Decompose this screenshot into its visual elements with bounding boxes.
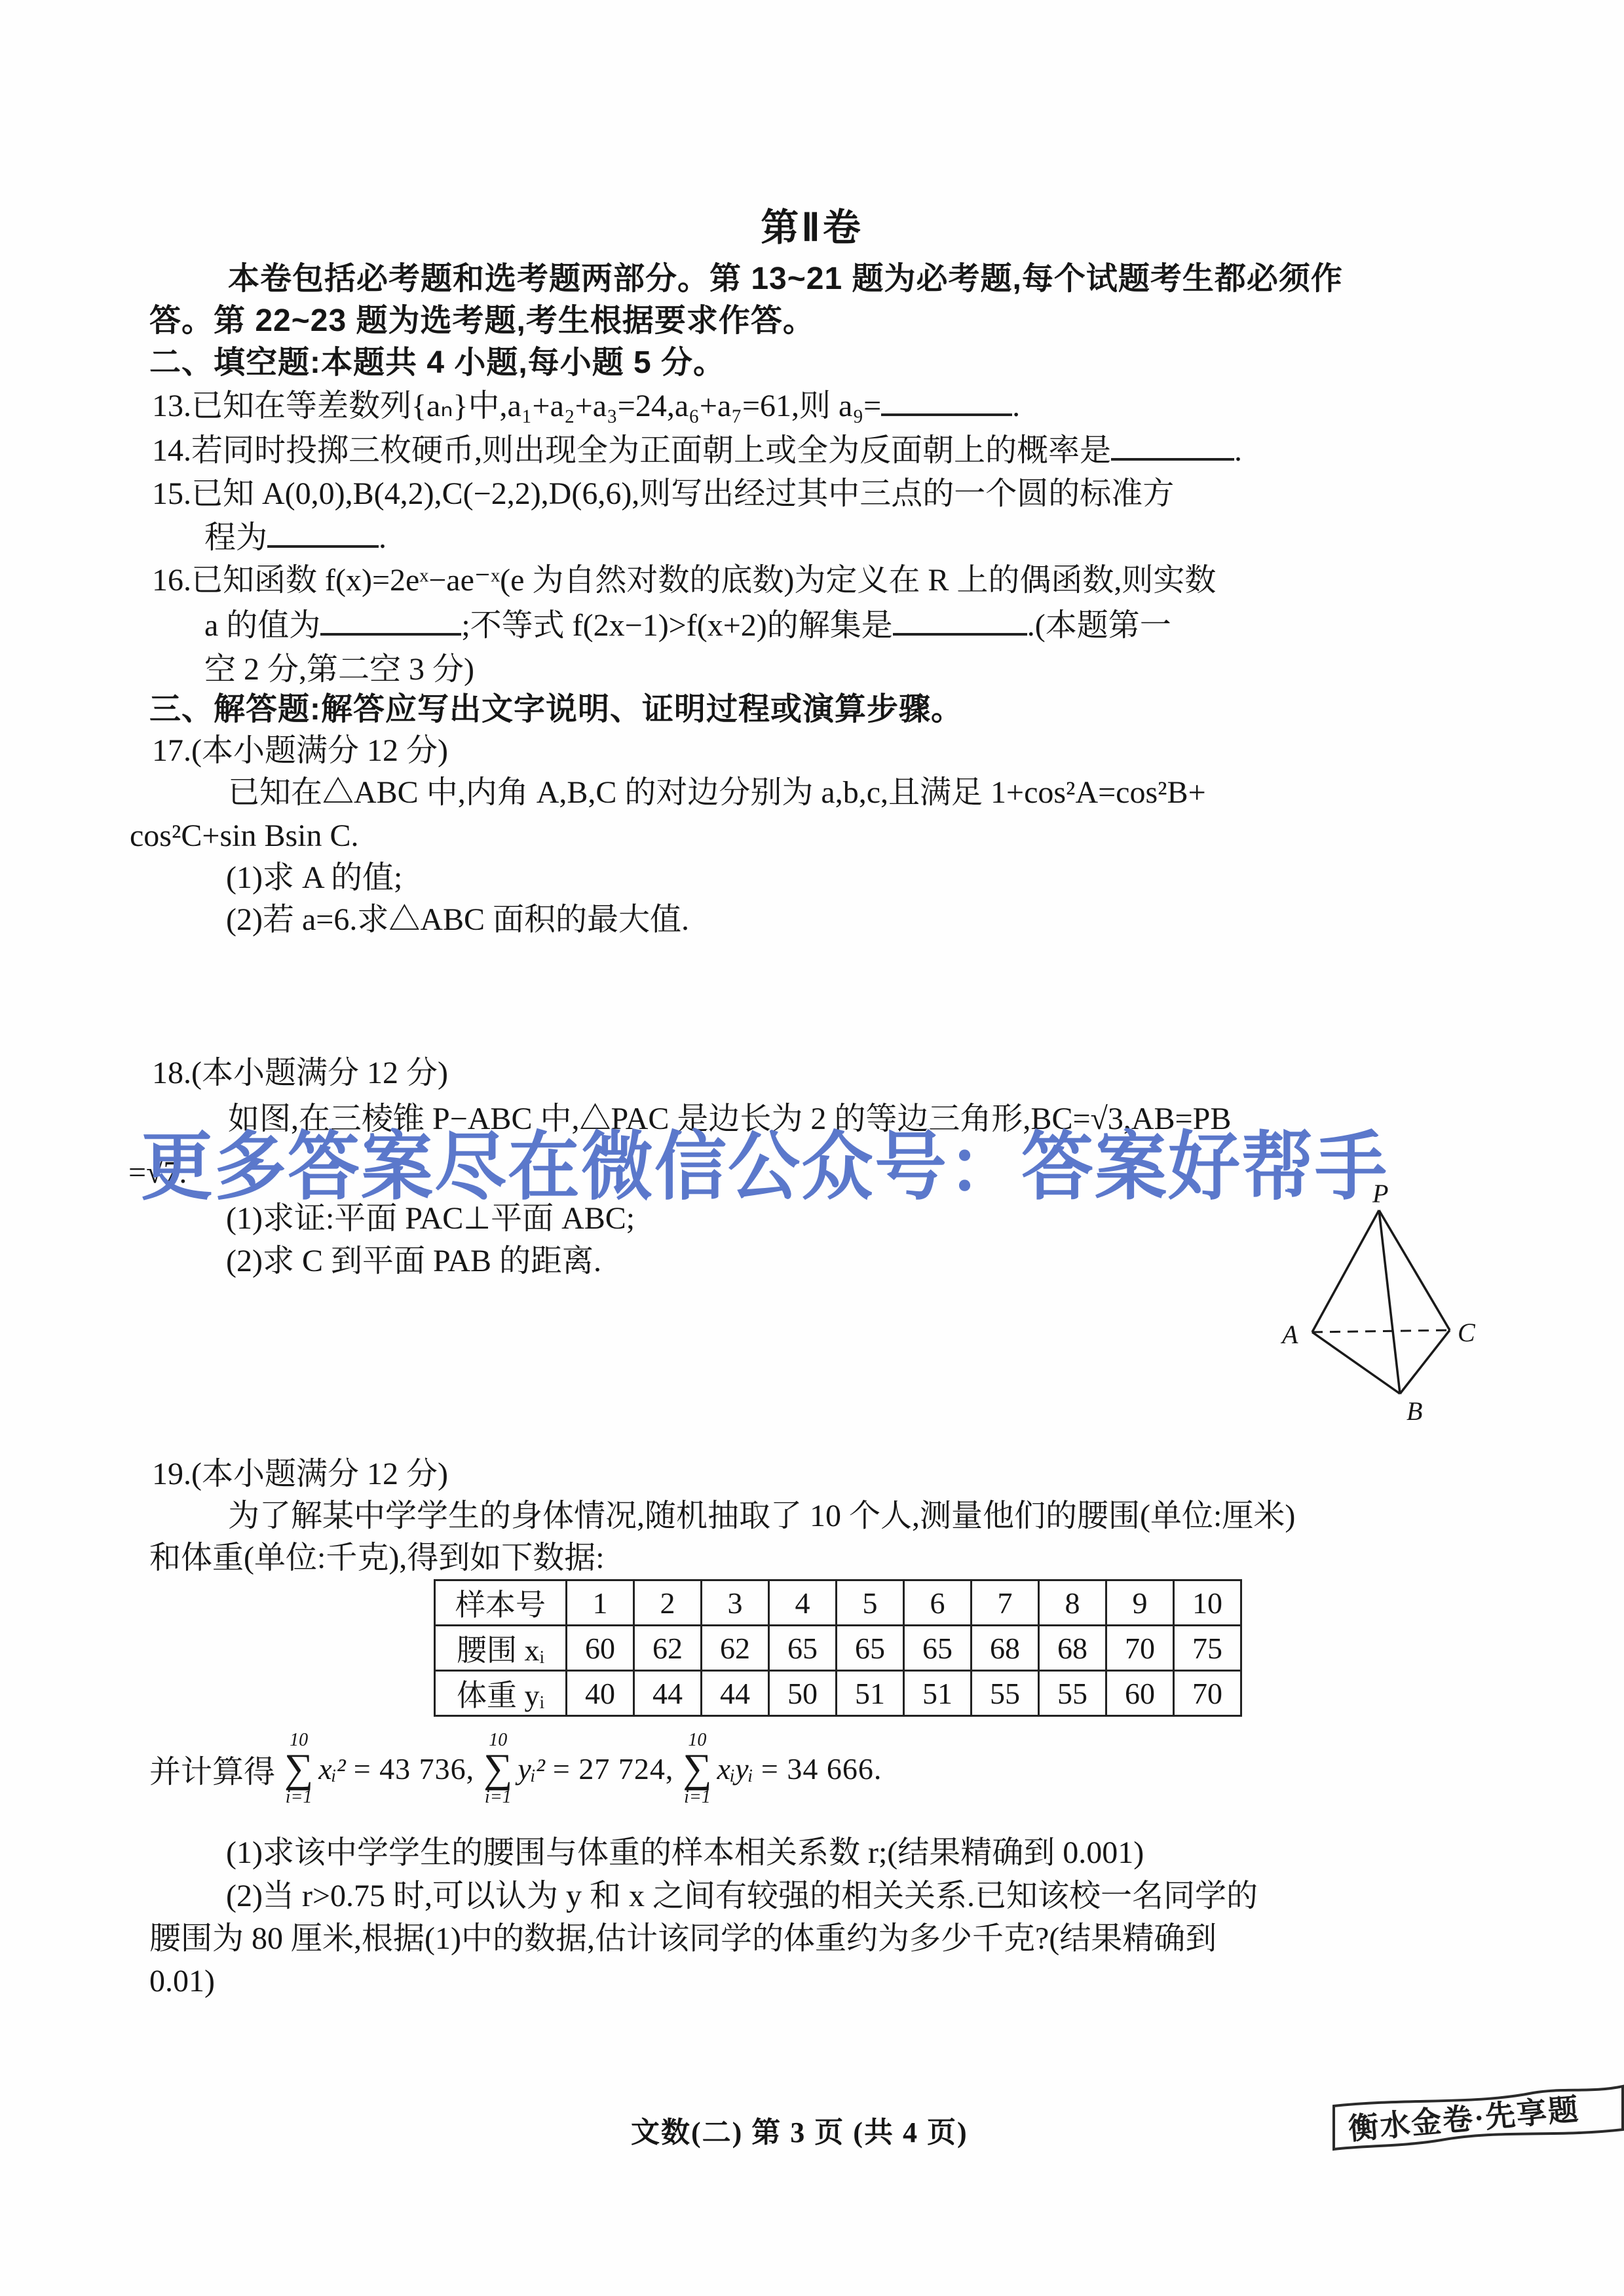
sigma-icon: ∑ — [683, 1750, 711, 1788]
answer-blank — [881, 411, 1012, 416]
sigma-notation: 10 ∑ i=1 — [284, 1731, 313, 1807]
table-cell: 5 — [837, 1580, 904, 1626]
table-cell: 腰围 xᵢ — [435, 1626, 567, 1671]
sum-x-squared: 10 ∑ i=1 xᵢ² = 43 736, — [284, 1731, 474, 1807]
table-cell: 8 — [1039, 1580, 1106, 1626]
sum-y-squared: 10 ∑ i=1 yᵢ² = 27 724, — [483, 1731, 673, 1807]
watermark-text: 更多答案尽在微信公众号：答案好帮手 — [141, 1107, 1388, 1214]
tetrahedron-figure: P A C B — [1261, 1183, 1490, 1432]
edge-bc — [1400, 1330, 1450, 1394]
sum-prefix: 并计算得 — [149, 1746, 275, 1791]
q15-period: . — [379, 520, 387, 555]
sigma-lower-limit: i=1 — [286, 1788, 312, 1807]
question-19-sub-2-line-3: 0.01) — [149, 1963, 215, 1999]
question-15-line-1: 15.已知 A(0,0),B(4,2),C(−2,2),D(6,6),则写出经过… — [152, 476, 1174, 512]
table-cell: 51 — [837, 1671, 904, 1716]
q14-period: . — [1234, 433, 1242, 468]
question-13: 13.已知在等差数列{aₙ}中,a₁+a₂+a₃=24,a₆+a₇=61,则 a… — [152, 388, 1020, 424]
question-19-sub-2-line-1: (2)当 r>0.75 时,可以认为 y 和 x 之间有较强的相关关系.已知该校… — [226, 1878, 1258, 1914]
table-cell: 6 — [904, 1580, 972, 1626]
question-19-line-2: 和体重(单位:千克),得到如下数据: — [149, 1540, 605, 1576]
table-cell: 55 — [1039, 1671, 1106, 1716]
table-row: 腰围 xᵢ 60 62 62 65 65 65 68 68 70 75 — [435, 1626, 1241, 1671]
question-17-line-1: 已知在△ABC 中,内角 A,B,C 的对边分别为 a,b,c,且满足 1+co… — [228, 775, 1206, 811]
table-cell: 3 — [702, 1580, 769, 1626]
question-18-head: 18.(本小题满分 12 分) — [152, 1055, 448, 1091]
table-cell: 51 — [904, 1671, 972, 1716]
question-19-line-1: 为了解某中学学生的身体情况,随机抽取了 10 个人,测量他们的腰围(单位:厘米) — [228, 1498, 1295, 1534]
table-cell: 68 — [972, 1626, 1039, 1671]
answer-blank — [320, 630, 461, 636]
sum-formulas: 并计算得 10 ∑ i=1 xᵢ² = 43 736, 10 ∑ i=1 yᵢ²… — [149, 1712, 882, 1826]
answer-blank — [267, 543, 379, 548]
edge-ac-dashed — [1312, 1330, 1450, 1332]
stamp-ribbon: 衡水金卷·先享题 — [1330, 2082, 1624, 2158]
question-16-line-1: 16.已知函数 f(x)=2eˣ−ae⁻ˣ(e 为自然对数的底数)为定义在 R … — [152, 562, 1216, 598]
q16-text-a: a 的值为 — [204, 608, 320, 643]
table-cell: 1 — [567, 1580, 634, 1626]
answer-blank — [1111, 455, 1234, 461]
table-cell: 10 — [1174, 1580, 1241, 1626]
question-16-line-2: a 的值为;不等式 f(2x−1)>f(x+2)的解集是.(本题第一 — [204, 607, 1171, 643]
edge-ab — [1312, 1332, 1400, 1394]
question-17-line-2: cos²C+sin Bsin C. — [130, 818, 359, 854]
question-19-head: 19.(本小题满分 12 分) — [152, 1456, 448, 1492]
question-19-sub-2-line-2: 腰围为 80 厘米,根据(1)中的数据,估计该同学的体重约为多少千克?(结果精确… — [149, 1921, 1217, 1957]
table-row: 样本号 1 2 3 4 5 6 7 8 9 10 — [435, 1580, 1241, 1626]
table-cell: 40 — [567, 1671, 634, 1716]
table-cell: 65 — [837, 1626, 904, 1671]
table-cell: 体重 yᵢ — [435, 1671, 567, 1716]
sum-expression: xᵢ² — [318, 1751, 346, 1786]
table-cell: 60 — [1106, 1671, 1174, 1716]
table-cell: 55 — [972, 1671, 1039, 1716]
sum-value: = 34 666. — [761, 1751, 882, 1786]
sum-value: = 27 724, — [553, 1751, 673, 1786]
sum-value: = 43 736, — [354, 1751, 474, 1786]
question-16-line-3: 空 2 分,第二空 3 分) — [204, 651, 474, 687]
q16-text-c: .(本题第一 — [1027, 608, 1171, 643]
question-19-sub-1: (1)求该中学学生的腰围与体重的样本相关系数 r;(结果精确到 0.001) — [226, 1835, 1144, 1871]
table-cell: 62 — [634, 1626, 702, 1671]
exam-page: 第Ⅱ卷 本卷包括必考题和选考题两部分。第 13~21 题为必考题,每个试题考生都… — [0, 0, 1624, 2296]
table-cell: 2 — [634, 1580, 702, 1626]
table-cell: 4 — [769, 1580, 837, 1626]
sigma-lower-limit: i=1 — [684, 1788, 711, 1807]
table-cell: 7 — [972, 1580, 1039, 1626]
sigma-lower-limit: i=1 — [485, 1788, 512, 1807]
sum-xy: 10 ∑ i=1 xᵢyᵢ = 34 666. — [683, 1731, 882, 1807]
answer-blank — [893, 630, 1027, 636]
vertex-label-a: A — [1280, 1320, 1298, 1349]
table-cell: 70 — [1106, 1626, 1174, 1671]
edge-pb — [1379, 1210, 1400, 1394]
table-cell: 60 — [567, 1626, 634, 1671]
vertex-label-b: B — [1407, 1396, 1422, 1426]
sum-expression: xᵢyᵢ — [717, 1751, 753, 1786]
table-cell: 75 — [1174, 1626, 1241, 1671]
table-cell: 44 — [702, 1671, 769, 1716]
question-15-line-2: 程为. — [204, 520, 387, 556]
table-row: 体重 yᵢ 40 44 44 50 51 51 55 55 60 70 — [435, 1671, 1241, 1716]
q13-text: 13.已知在等差数列{aₙ}中,a₁+a₂+a₃=24,a₆+a₇=61,则 a… — [152, 389, 881, 423]
sum-expression: yᵢ² — [518, 1751, 545, 1786]
q14-text: 14.若同时投掷三枚硬币,则出现全为正面朝上或全为反面朝上的概率是 — [152, 433, 1111, 468]
sigma-icon: ∑ — [284, 1750, 313, 1788]
table-cell: 44 — [634, 1671, 702, 1716]
question-14: 14.若同时投掷三枚硬币,则出现全为正面朝上或全为反面朝上的概率是. — [152, 432, 1242, 469]
q13-period: . — [1012, 389, 1020, 423]
table-cell: 62 — [702, 1626, 769, 1671]
section-solutions-header: 三、解答题:解答应写出文字说明、证明过程或演算步骤。 — [149, 691, 963, 727]
table-cell: 65 — [904, 1626, 972, 1671]
sigma-notation: 10 ∑ i=1 — [483, 1731, 512, 1807]
section-fill-in-header: 二、填空题:本题共 4 小题,每小题 5 分。 — [149, 345, 725, 381]
edge-pa — [1312, 1210, 1379, 1332]
table-cell: 65 — [769, 1626, 837, 1671]
sigma-icon: ∑ — [483, 1750, 512, 1788]
q16-text-b: ;不等式 f(2x−1)>f(x+2)的解集是 — [461, 608, 892, 643]
sample-data-table: 样本号 1 2 3 4 5 6 7 8 9 10 腰围 xᵢ 60 62 62 … — [434, 1579, 1242, 1717]
page-title: 第Ⅱ卷 — [0, 197, 1624, 252]
table-cell: 样本号 — [435, 1580, 567, 1626]
q15-text: 程为 — [204, 520, 267, 555]
table-cell: 70 — [1174, 1671, 1241, 1716]
table-cell: 50 — [769, 1671, 837, 1716]
page-footer: 文数(二) 第 3 页 (共 4 页) — [631, 2109, 968, 2151]
vertex-label-c: C — [1458, 1318, 1476, 1347]
question-17-sub-2: (2)若 a=6.求△ABC 面积的最大值. — [226, 902, 689, 938]
intro-line-2: 答。第 22~23 题为选考题,考生根据要求作答。 — [149, 303, 815, 339]
sigma-notation: 10 ∑ i=1 — [683, 1731, 711, 1807]
question-18-sub-2: (2)求 C 到平面 PAB 的距离. — [226, 1243, 601, 1279]
intro-line-1: 本卷包括必考题和选考题两部分。第 13~21 题为必考题,每个试题考生都必须作 — [228, 261, 1343, 297]
question-17-sub-1: (1)求 A 的值; — [226, 860, 402, 896]
table-cell: 68 — [1039, 1626, 1106, 1671]
table-cell: 9 — [1106, 1580, 1174, 1626]
question-17-head: 17.(本小题满分 12 分) — [152, 733, 448, 769]
